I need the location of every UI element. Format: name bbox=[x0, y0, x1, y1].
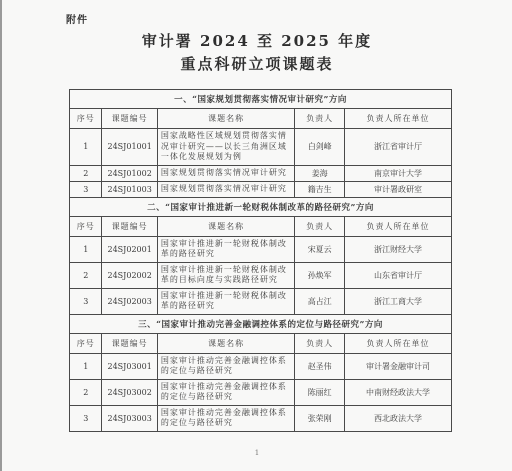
column-header-cell: 课题名称 bbox=[157, 216, 295, 236]
topic-title-cell: 国家审计推进新一轮财税体制改革的路径研究 bbox=[157, 236, 295, 262]
column-header-cell: 负责人 bbox=[295, 109, 345, 129]
section-header-row: 三、“国家审计推动完善金融调控体系的定位与路径研究”方向 bbox=[70, 314, 452, 333]
attachment-label: 附件 bbox=[66, 11, 88, 26]
row-index-cell: 3 bbox=[70, 181, 102, 197]
table-row: 324SJ02003国家审计推进新一轮财税体制改革的路径研究高占江浙江工商大学 bbox=[70, 288, 452, 314]
table-row: 324SJ01003国家规划贯彻落实情况审计研究籍吉生审计署政研室 bbox=[70, 181, 452, 197]
column-header-row: 序号课题编号课题名称负责人负责人所在单位 bbox=[70, 216, 452, 236]
leader-cell: 籍吉生 bbox=[295, 181, 345, 197]
column-header-cell: 课题编号 bbox=[102, 333, 157, 353]
row-index-cell: 2 bbox=[70, 379, 102, 405]
topic-title-cell: 国家规划贯彻落实情况审计研究 bbox=[157, 165, 295, 181]
page-title-line1: 审计署 2024 至 2025 年度 bbox=[2, 30, 512, 53]
row-index-cell: 3 bbox=[70, 288, 102, 314]
column-header-cell: 负责人 bbox=[295, 333, 345, 353]
topic-title-cell: 国家审计推进新一轮财税体制改革的目标向度与实践路径研究 bbox=[157, 262, 295, 288]
row-index-cell: 2 bbox=[70, 262, 102, 288]
table-row: 224SJ02002国家审计推进新一轮财税体制改革的目标向度与实践路径研究孙焕军… bbox=[70, 262, 452, 288]
column-header-cell: 序号 bbox=[70, 109, 102, 129]
column-header-cell: 课题编号 bbox=[102, 109, 157, 129]
column-header-cell: 序号 bbox=[70, 216, 102, 236]
column-header-cell: 课题名称 bbox=[157, 109, 295, 129]
row-index-cell: 1 bbox=[70, 353, 102, 379]
topic-title-cell: 国家审计推进新一轮财税体制改革的路径研究 bbox=[157, 288, 295, 314]
unit-cell: 浙江省审计厅 bbox=[345, 129, 452, 166]
row-index-cell: 3 bbox=[70, 405, 102, 431]
row-index-cell: 2 bbox=[70, 165, 102, 181]
unit-cell: 南京审计大学 bbox=[345, 165, 452, 181]
leader-cell: 赵圣伟 bbox=[295, 353, 345, 379]
topic-title-cell: 国家审计推动完善金融调控体系的定位与路径研究 bbox=[157, 379, 295, 405]
column-header-row: 序号课题编号课题名称负责人负责人所在单位 bbox=[70, 109, 452, 129]
unit-cell: 审计署政研室 bbox=[345, 181, 452, 197]
topic-code-cell: 24SJ02003 bbox=[102, 288, 157, 314]
section-header-cell: 二、“国家审计推进新一轮财税体制改革的路径研究”方向 bbox=[70, 197, 452, 216]
table-row: 224SJ03002国家审计推动完善金融调控体系的定位与路径研究陈丽红中南财经政… bbox=[70, 379, 452, 405]
topic-code-cell: 24SJ02001 bbox=[102, 236, 157, 262]
topic-title-cell: 国家规划贯彻落实情况审计研究 bbox=[157, 181, 295, 197]
column-header-cell: 序号 bbox=[70, 333, 102, 353]
table-row: 124SJ03001国家审计推动完善金融调控体系的定位与路径研究赵圣伟审计署金融… bbox=[70, 353, 452, 379]
unit-cell: 中南财经政法大学 bbox=[345, 379, 452, 405]
row-index-cell: 1 bbox=[70, 236, 102, 262]
column-header-cell: 负责人 bbox=[295, 216, 345, 236]
topic-code-cell: 24SJ03003 bbox=[102, 405, 157, 431]
column-header-cell: 负责人所在单位 bbox=[345, 109, 452, 129]
topic-code-cell: 24SJ02002 bbox=[102, 262, 157, 288]
unit-cell: 浙江工商大学 bbox=[345, 288, 452, 314]
leader-cell: 高占江 bbox=[295, 288, 345, 314]
document-page: 附件 审计署 2024 至 2025 年度 重点科研立项课题表 一、“国家规划贯… bbox=[0, 0, 512, 471]
topic-title-cell: 国家审计推动完善金融调控体系的定位与路径研究 bbox=[157, 353, 295, 379]
section-header-cell: 一、“国家规划贯彻落实情况审计研究”方向 bbox=[70, 90, 452, 109]
unit-cell: 审计署金融审计司 bbox=[345, 353, 452, 379]
topic-title-cell: 国家战略性区域规划贯彻落实情况审计研究——以长三角洲区域一体化发展规划为例 bbox=[157, 129, 295, 166]
leader-cell: 张荣刚 bbox=[295, 405, 345, 431]
column-header-cell: 课题名称 bbox=[157, 333, 295, 353]
section-header-row: 一、“国家规划贯彻落实情况审计研究”方向 bbox=[70, 90, 452, 109]
leader-cell: 宋夏云 bbox=[295, 236, 345, 262]
topic-code-cell: 24SJ01003 bbox=[102, 181, 157, 197]
projects-table-body: 一、“国家规划贯彻落实情况审计研究”方向序号课题编号课题名称负责人负责人所在单位… bbox=[70, 90, 452, 432]
unit-cell: 山东省审计厅 bbox=[345, 262, 452, 288]
projects-table-wrap: 一、“国家规划贯彻落实情况审计研究”方向序号课题编号课题名称负责人负责人所在单位… bbox=[69, 89, 452, 432]
leader-cell: 陈丽红 bbox=[295, 379, 345, 405]
column-header-row: 序号课题编号课题名称负责人负责人所在单位 bbox=[70, 333, 452, 353]
table-row: 224SJ01002国家规划贯彻落实情况审计研究姜海南京审计大学 bbox=[70, 165, 452, 181]
projects-table: 一、“国家规划贯彻落实情况审计研究”方向序号课题编号课题名称负责人负责人所在单位… bbox=[69, 89, 452, 432]
column-header-cell: 负责人所在单位 bbox=[345, 333, 452, 353]
column-header-cell: 负责人所在单位 bbox=[345, 216, 452, 236]
column-header-cell: 课题编号 bbox=[102, 216, 157, 236]
topic-code-cell: 24SJ01002 bbox=[102, 165, 157, 181]
section-header-cell: 三、“国家审计推动完善金融调控体系的定位与路径研究”方向 bbox=[70, 314, 452, 333]
section-header-row: 二、“国家审计推进新一轮财税体制改革的路径研究”方向 bbox=[70, 197, 452, 216]
leader-cell: 姜海 bbox=[295, 165, 345, 181]
leader-cell: 白剑峰 bbox=[295, 129, 345, 166]
page-title-line2: 重点科研立项课题表 bbox=[2, 53, 512, 76]
row-index-cell: 1 bbox=[70, 129, 102, 166]
topic-code-cell: 24SJ03002 bbox=[102, 379, 157, 405]
page-number: 1 bbox=[2, 449, 512, 457]
topic-code-cell: 24SJ01001 bbox=[102, 129, 157, 166]
table-row: 124SJ01001国家战略性区域规划贯彻落实情况审计研究——以长三角洲区域一体… bbox=[70, 129, 452, 166]
unit-cell: 西北政法大学 bbox=[345, 405, 452, 431]
table-row: 324SJ03003国家审计推动完善金融调控体系的定位与路径研究张荣刚西北政法大… bbox=[70, 405, 452, 431]
unit-cell: 浙江财经大学 bbox=[345, 236, 452, 262]
topic-title-cell: 国家审计推动完善金融调控体系的定位与路径研究 bbox=[157, 405, 295, 431]
table-row: 124SJ02001国家审计推进新一轮财税体制改革的路径研究宋夏云浙江财经大学 bbox=[70, 236, 452, 262]
leader-cell: 孙焕军 bbox=[295, 262, 345, 288]
page-title: 审计署 2024 至 2025 年度 重点科研立项课题表 bbox=[2, 30, 512, 76]
topic-code-cell: 24SJ03001 bbox=[102, 353, 157, 379]
